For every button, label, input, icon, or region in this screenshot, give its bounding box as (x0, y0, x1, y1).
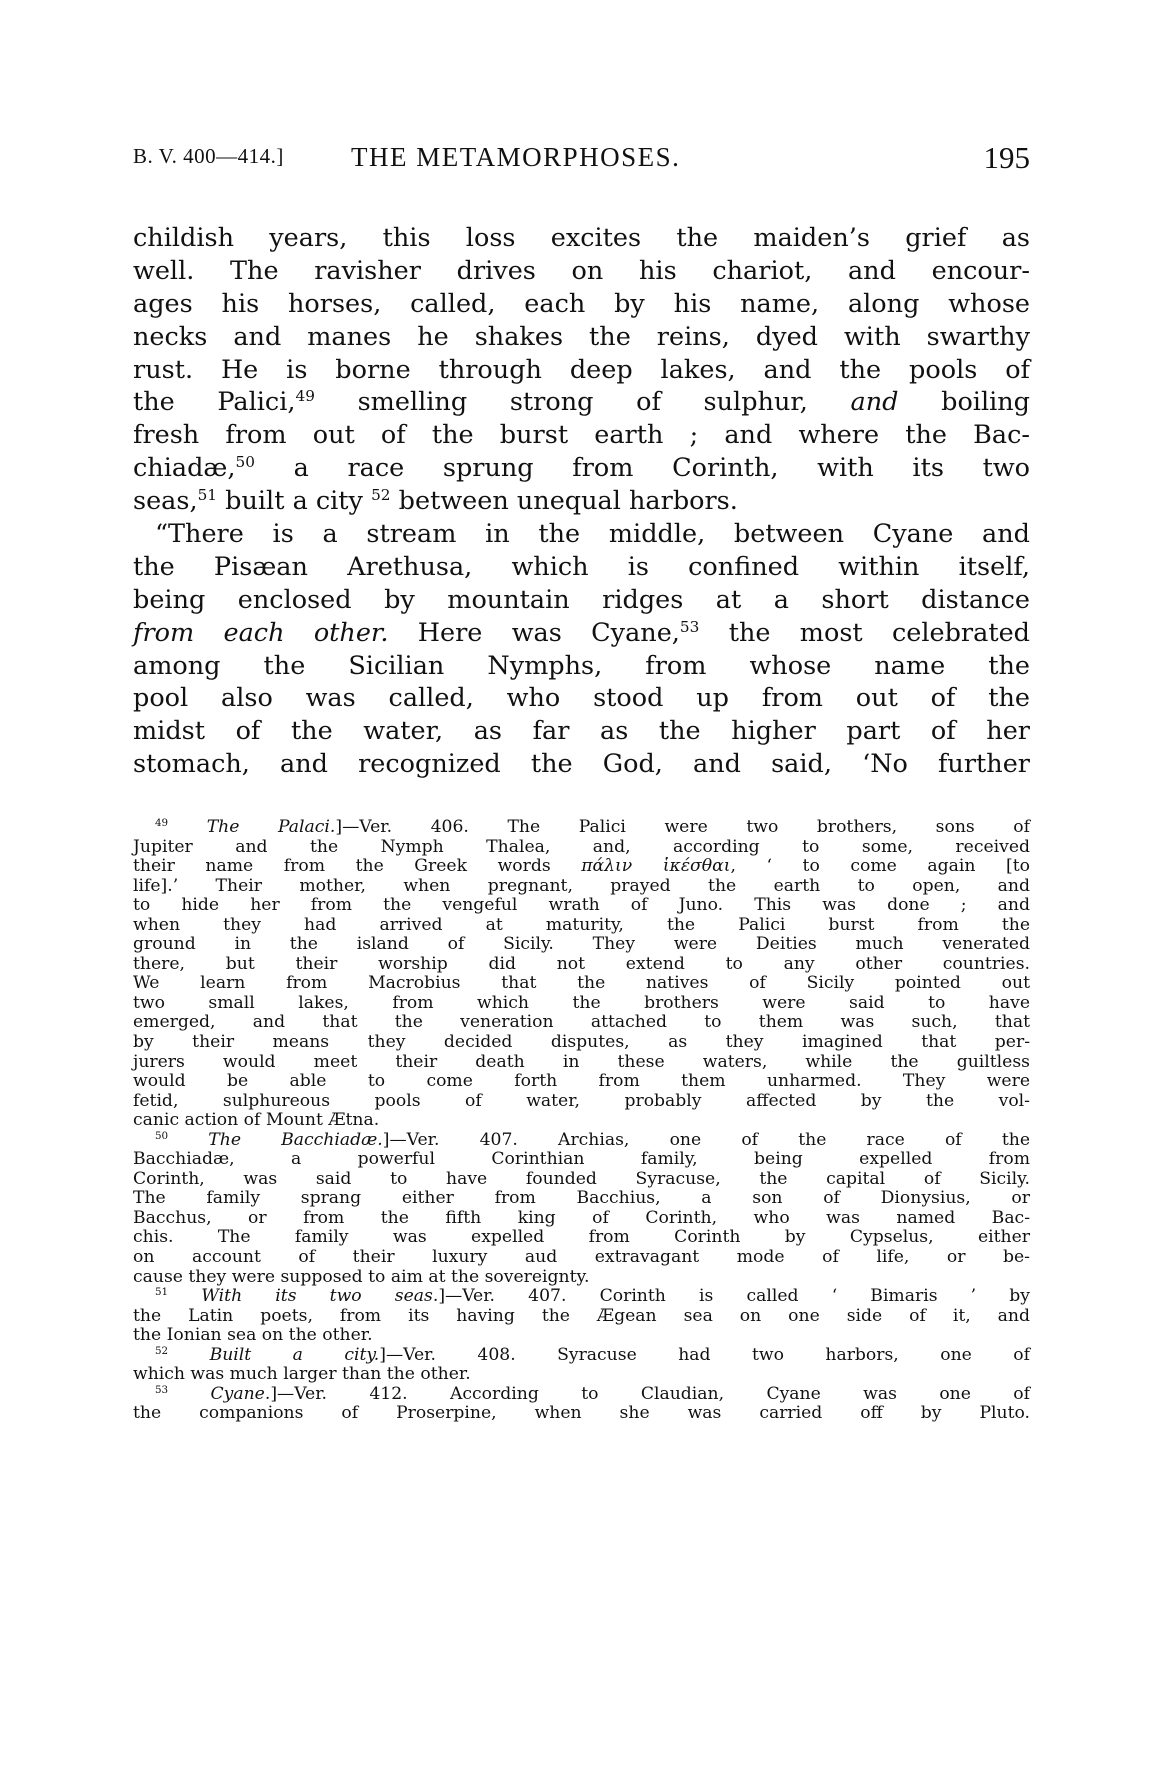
text-line: being enclosed by mountain ridges at a s… (133, 584, 1030, 617)
footnote-number: 49 (155, 817, 168, 829)
footnote-line: the Latin poets, from its having the Æge… (133, 1307, 1030, 1327)
footnote-lemma: Cyane. (211, 1384, 271, 1404)
footnote-ref: 52 (371, 486, 390, 504)
text-line: seas,51 built a city 52 between unequal … (133, 485, 1030, 518)
footnotes: 49 The Palaci.]—Ver. 406. The Palici wer… (133, 818, 1030, 1424)
footnote-ref: 51 (198, 486, 217, 504)
footnote-53: 53 Cyane.]—Ver. 412. According to Claudi… (133, 1385, 1030, 1405)
footnote-line: Corinth, was said to have founded Syracu… (133, 1170, 1030, 1190)
text-line: “There is a stream in the middle, betwee… (133, 518, 1030, 551)
footnote-line: ground in the island of Sicily. They wer… (133, 935, 1030, 955)
book-verse-range: B. V. 400—414.] (133, 144, 284, 169)
footnote-line: when they had arrived at maturity, the P… (133, 916, 1030, 936)
footnote-line: there, but their worship did not extend … (133, 955, 1030, 975)
italic-text: from each other. (133, 618, 388, 648)
text-line: necks and manes he shakes the reins, dye… (133, 321, 1030, 354)
text-line: ages his horses, called, each by his nam… (133, 288, 1030, 321)
footnote-line: jurers would meet their death in these w… (133, 1053, 1030, 1073)
text-line: well. The ravisher drives on his chariot… (133, 255, 1030, 288)
footnote-line: Jupiter and the Nymph Thalea, and, accor… (133, 838, 1030, 858)
footnote-line: two small lakes, from which the brothers… (133, 994, 1030, 1014)
footnote-lemma: The Bacchiadæ. (208, 1130, 382, 1150)
footnote-number: 50 (155, 1130, 168, 1142)
footnote-lemma: The Palaci. (207, 817, 336, 837)
footnote-ref: 53 (680, 618, 699, 636)
footnote-line: which was much larger than the other. (133, 1365, 1030, 1385)
footnote-line: on account of their luxury aud extravaga… (133, 1248, 1030, 1268)
footnote-line: would be able to come forth from them un… (133, 1072, 1030, 1092)
text-line: stomach, and recognized the God, and sai… (133, 748, 1030, 781)
text-line: rust. He is borne through deep lakes, an… (133, 354, 1030, 387)
footnote-lemma: Built a city. (210, 1345, 380, 1365)
text-line: the Palici,49 smelling strong of sulphur… (133, 386, 1030, 419)
footnote-line: the companions of Proserpine, when she w… (133, 1404, 1030, 1424)
italic-text: and (851, 387, 899, 417)
italic-text: πάλιν ἱκέσθαι (581, 856, 730, 876)
text-line: fresh from out of the burst earth ; and … (133, 419, 1030, 452)
text-line: childish years, this loss excites the ma… (133, 222, 1030, 255)
footnote-line: the Ionian sea on the other. (133, 1326, 1030, 1346)
footnote-number: 53 (155, 1384, 168, 1396)
running-title: THE METAMORPHOSES. (351, 142, 680, 173)
main-text: childish years, this loss excites the ma… (133, 222, 1030, 781)
footnote-line: canic action of Mount Ætna. (133, 1111, 1030, 1131)
text-line: pool also was called, who stood up from … (133, 682, 1030, 715)
footnote-lemma: With its two seas. (201, 1286, 438, 1306)
footnote-line: fetid, sulphureous pools of water, proba… (133, 1092, 1030, 1112)
running-header: B. V. 400—414.] THE METAMORPHOSES. 195 (133, 140, 1030, 180)
footnote-line: cause they were supposed to aim at the s… (133, 1268, 1030, 1288)
footnote-line: emerged, and that the veneration attache… (133, 1013, 1030, 1033)
footnote-line: Bacchus, or from the fifth king of Corin… (133, 1209, 1030, 1229)
footnote-line: Bacchiadæ, a powerful Corinthian family,… (133, 1150, 1030, 1170)
text-line: among the Sicilian Nymphs, from whose na… (133, 650, 1030, 683)
footnote-51: 51 With its two seas.]—Ver. 407. Corinth… (133, 1287, 1030, 1307)
footnote-line: The family sprang either from Bacchius, … (133, 1189, 1030, 1209)
footnote-line: to hide her from the vengeful wrath of J… (133, 896, 1030, 916)
footnote-line: by their means they decided disputes, as… (133, 1033, 1030, 1053)
footnote-line: life].’ Their mother, when pregnant, pra… (133, 877, 1030, 897)
footnote-number: 51 (155, 1286, 168, 1298)
footnote-line: We learn from Macrobius that the natives… (133, 974, 1030, 994)
text-line: the Pisæan Arethusa, which is confined w… (133, 551, 1030, 584)
text-line: chiadæ,50 a race sprung from Corinth, wi… (133, 452, 1030, 485)
page-number: 195 (984, 140, 1031, 176)
footnote-50: 50 The Bacchiadæ.]—Ver. 407. Archias, on… (133, 1131, 1030, 1151)
footnote-line: their name from the Greek words πάλιν ἱκ… (133, 857, 1030, 877)
footnote-line: chis. The family was expelled from Corin… (133, 1228, 1030, 1248)
footnote-49: 49 The Palaci.]—Ver. 406. The Palici wer… (133, 818, 1030, 838)
footnote-52: 52 Built a city.]—Ver. 408. Syracuse had… (133, 1346, 1030, 1366)
footnote-ref: 50 (235, 453, 254, 471)
text-line: midst of the water, as far as the higher… (133, 715, 1030, 748)
footnote-number: 52 (155, 1345, 168, 1357)
footnote-ref: 49 (295, 387, 314, 405)
text-line: from each other. Here was Cyane,53 the m… (133, 617, 1030, 650)
